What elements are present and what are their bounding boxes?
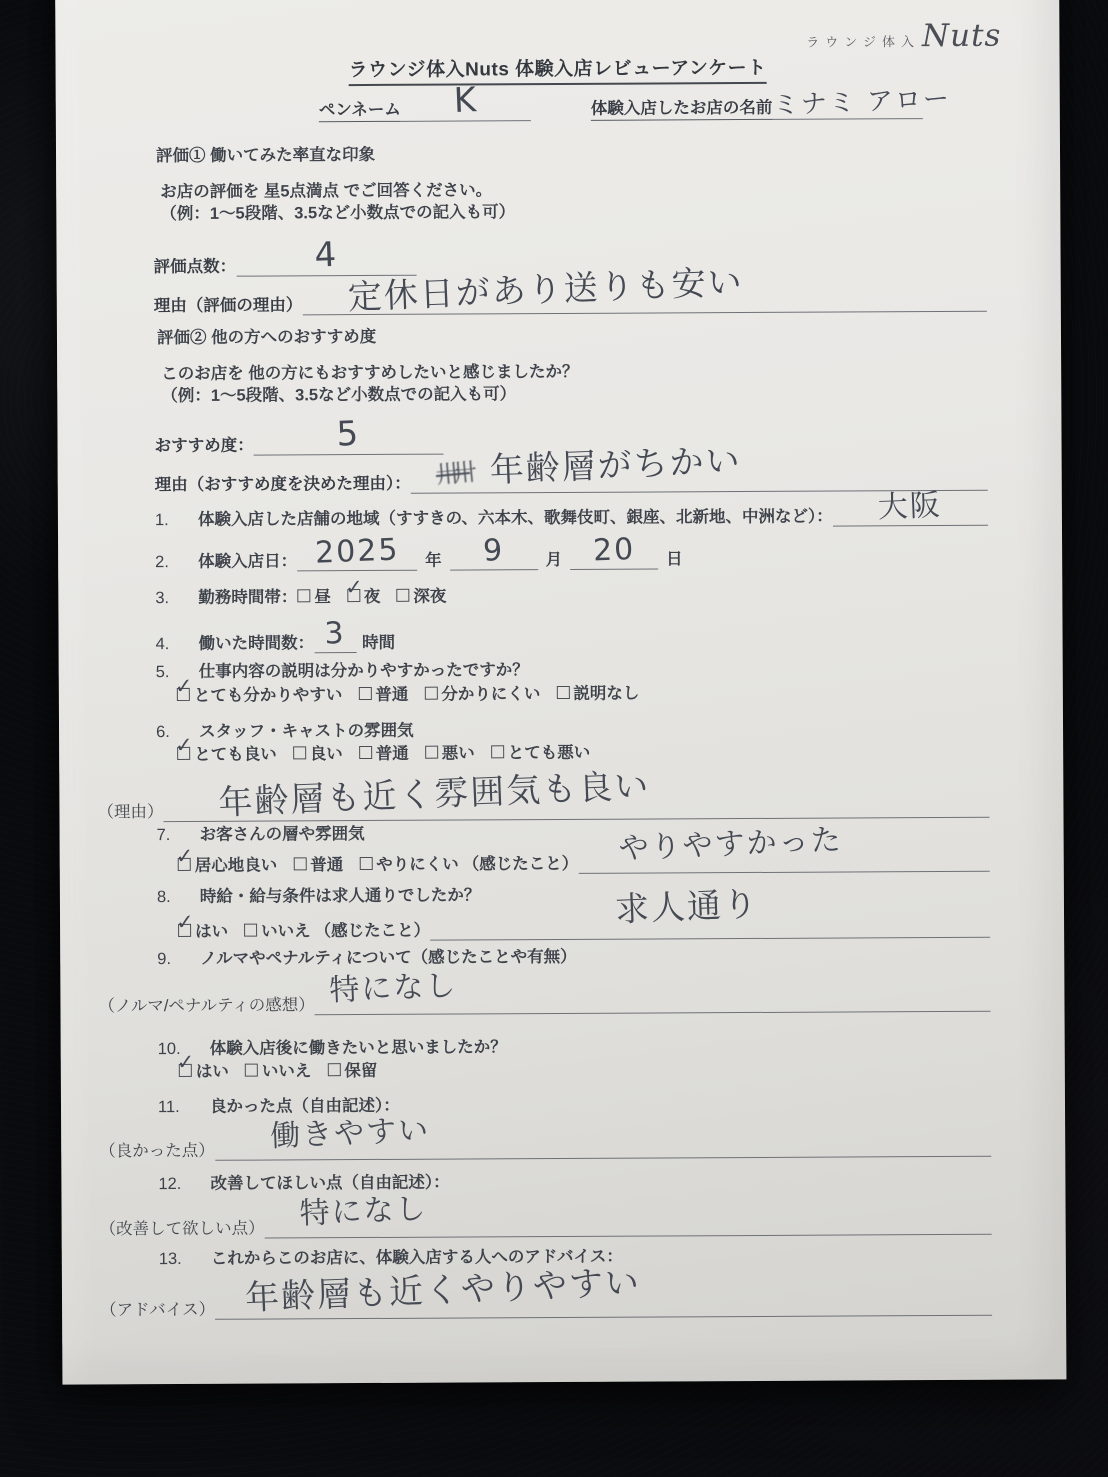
shop-name-label: 体験入店したお店の名前 [591,94,773,121]
option-label: 夜 [364,583,381,607]
question-6-reason-row: （理由） 年齢層も近く雰囲気も良い [97,783,989,823]
check-mark: ✓ [344,576,364,598]
question-5-label: 仕事内容の説明は分かりやすかったですか？ [199,656,529,682]
checkbox [424,686,437,699]
question-3-number: 3. [155,589,198,608]
question-11-row: 11. 良かった点（自由記述）： [158,1092,400,1117]
option-label: 普通 [376,740,409,764]
question-8-row: 8. 時給・給与条件は求人通りでしたか？ [157,881,481,907]
question-8-felt-field: 求人通り [430,903,990,941]
question-3-row: 3. 勤務時間帯： 昼 ✓夜 深夜 [155,583,462,609]
rating2-reason-label: 理由（おすすめ度を決めた理由）： [155,470,411,495]
date-month-field: 9 [450,539,538,570]
question-13-answer-field: 年齢層も近くやりやすい [215,1281,992,1320]
date-day-unit: 日 [666,545,683,569]
question-8-felt-label: （感じたこと） [315,917,431,942]
option-label: 説明なし [573,680,639,704]
checkbox: ✓ [178,857,191,870]
checkbox [245,1063,258,1076]
question-12-answer-field: 特になし [265,1204,992,1239]
option-hold: 保留 [327,1057,377,1081]
option-no: いいえ [245,1057,312,1081]
question-1-field: 大阪 [833,495,988,527]
question-10-row: 10. 体験入店後に働きたいと思いましたか？ [158,1033,507,1059]
brand-logo-name: Nuts [922,18,1002,54]
question-10-options: ✓はい いいえ 保留 [179,1057,394,1082]
rating2-reason-field: 卅卅 年齢層がちかい [411,455,988,494]
question-2-label: 体験入店日： [198,547,297,572]
option-normal: 普通 [293,851,343,875]
question-12-note-label: （改善して欲しい点） [100,1215,265,1240]
option-label: 分かりにくい [441,680,540,705]
option-comfortable: ✓居心地良い [178,851,278,876]
question-2-number: 2. [155,553,198,572]
checkbox [359,745,372,758]
option-very-bad: とても悪い [491,739,591,764]
question-7-number: 7. [157,826,200,845]
question-6-row: 6. スタッフ・キャストの雰囲気 [156,717,414,742]
question-5-row: 5. 仕事内容の説明は分かりやすかったですか？ [156,656,529,682]
date-year-unit: 年 [425,547,442,571]
option-late-night: 深夜 [396,583,446,607]
question-6-reason-value: 年齢層も近く雰囲気も良い [218,769,651,820]
option-label: 普通 [310,851,343,875]
question-5-options: ✓とても分かりやすい 普通 分かりにくい 説明なし [177,679,656,706]
shop-name-value: ミナミ アロー [772,86,951,119]
checkbox [293,746,306,759]
option-label: 深夜 [413,583,446,607]
brand-logo: ラウンジ体入 Nuts [806,18,1001,55]
pen-name-field: K [401,86,531,122]
option-very-clear: ✓とても分かりやすい [177,681,343,706]
rating1-reason-field: 定休日があり送りも安い [302,277,987,316]
question-11-answer-row: （良かった点） 働きやすい [99,1126,991,1162]
question-13-note-label: （アドバイス） [100,1296,215,1321]
question-1-number: 1. [155,511,198,530]
rating1-score-row: 評価点数： 4 [153,241,416,277]
question-9-answer-value: 特になし [329,971,458,1006]
question-9-number: 9. [157,950,200,969]
checkbox: ✓ [177,687,190,700]
checkbox [358,686,371,699]
question-13-answer-row: （アドバイス） 年齢層も近くやりやすい [100,1281,992,1321]
question-7-felt-value: やりやすかった [618,826,843,865]
check-mark: ✓ [176,1051,196,1073]
hours-field: 3 [314,622,356,653]
pen-name-value: K [453,83,479,118]
rating1-heading: 評価① 働いてみた率直な印象 [156,141,375,166]
question-12-answer-value: 特になし [299,1194,428,1229]
checkbox: ✓ [178,923,191,936]
checkbox [491,745,504,758]
checkbox [327,1063,340,1076]
option-yes: ✓はい [179,1058,229,1082]
question-12-row: 12. 改善してほしい点（自由記述）： [158,1169,449,1195]
option-label: 保留 [344,1057,377,1081]
question-10-label: 体験入店後に働きたいと思いましたか？ [210,1033,507,1059]
option-good: 良い [293,740,343,764]
question-6-options: ✓とても良い 良い 普通 悪い とても悪い [177,739,606,765]
rating2-reason-value: 年齢層がちかい [489,444,742,488]
rating2-note: （例：1～5段階、3.5など小数点での記入も可） [161,380,516,406]
option-label: 昼 [314,583,331,607]
form-title-row: ラウンジ体入Nuts 体験入店レビューアンケート [56,51,1060,87]
survey-paper: ラウンジ体入 Nuts ラウンジ体入Nuts 体験入店レビューアンケート ペンネ… [55,0,1066,1385]
pen-name-label: ペンネーム [319,96,401,122]
question-7-label: お客さんの層や雰囲気 [200,820,365,845]
rating1-note: （例：1～5段階、3.5など小数点での記入も可） [160,198,515,224]
option-label: やりにくい [376,851,459,875]
date-year-value: 2025 [314,535,399,568]
question-9-answer-field: 特になし [315,981,991,1016]
crossed-out-scribble: 卅卅 [434,452,471,490]
option-hard-to-do: やりにくい [359,851,459,876]
option-no: いいえ [244,917,311,941]
question-1-answer: 大阪 [878,491,943,524]
checkbox: ✓ [347,589,360,602]
question-9-note-label: （ノルマ/ペナルティの感想） [98,991,314,1016]
question-13-row: 13. これからこのお店に、体験入店する人へのアドバイス： [159,1243,623,1269]
rating1-score-field: 4 [236,241,416,277]
date-month-value: 9 [482,536,504,567]
option-label: はい [195,918,228,942]
rating2-score-row: おすすめ度： 5 [154,420,443,457]
question-1-row: 1. 体験入店した店舗の地域（すすきの、六本木、歌舞伎町、銀座、北新地、中洲など… [155,495,988,530]
question-3-label: 勤務時間帯： [198,583,297,608]
rating1-reason-row: 理由（評価の理由） 定休日があり送りも安い [154,277,987,316]
check-mark: ✓ [175,734,195,756]
option-label: はい [196,1058,229,1082]
question-11-answer-value: 働きやすい [269,1116,430,1152]
date-day-field: 20 [570,538,658,569]
question-6-label: スタッフ・キャストの雰囲気 [199,717,414,742]
option-yes: ✓はい [178,918,228,942]
option-normal: 普通 [359,740,409,764]
shop-name-field: ミナミ アロー [772,92,922,120]
question-7-options: ✓居心地良い 普通 やりにくい （感じたこと） やりやすかった [178,841,990,876]
checkbox [556,685,569,698]
option-night: ✓夜 [347,583,381,607]
hours-unit: 時間 [362,629,395,653]
question-12-label: 改善してほしい点（自由記述）： [210,1169,449,1194]
date-month-unit: 月 [546,546,563,570]
checkbox [297,589,310,602]
hours-value: 3 [324,619,346,650]
check-mark: ✓ [174,675,194,697]
date-year-field: 2025 [297,540,417,572]
rating1-score-value: 4 [314,238,339,273]
option-label: いいえ [262,1057,312,1081]
question-12-number: 12. [158,1175,210,1194]
checkbox [396,588,409,601]
checkbox: ✓ [179,1063,192,1076]
option-label: いいえ [261,917,311,941]
option-day: 昼 [297,583,331,607]
checkbox: ✓ [177,746,190,759]
question-4-row: 4. 働いた時間数： 3 時間 [155,622,395,654]
question-8-felt-value: 求人通り [614,887,759,927]
question-9-label: ノルマやペナルティについて（感じたことや有無） [200,943,576,969]
rating2-reason-row: 理由（おすすめ度を決めた理由）： 卅卅 年齢層がちかい [155,455,988,495]
date-day-value: 20 [592,535,635,567]
question-11-answer-field: 働きやすい [215,1126,992,1161]
photo-background: ラウンジ体入 Nuts ラウンジ体入Nuts 体験入店レビューアンケート ペンネ… [0,0,1108,1477]
option-bad: 悪い [425,739,475,763]
option-label: とても分かりやすい [194,681,343,706]
option-label: 普通 [375,681,408,705]
question-6-reason-field: 年齢層も近く雰囲気も良い [163,783,989,822]
question-7-row: 7. お客さんの層や雰囲気 [157,820,365,845]
question-2-row: 2. 体験入店日： 2025 年 9 月 20 日 [155,538,691,572]
question-9-answer-row: （ノルマ/ペナルティの感想） 特になし [98,981,990,1017]
rating1-score-label: 評価点数： [154,253,237,277]
rating1-reason-label: 理由（評価の理由） [154,291,303,316]
question-4-label: 働いた時間数： [199,629,315,654]
question-13-number: 13. [159,1250,211,1269]
question-11-note-label: （良かった点） [99,1137,215,1162]
question-6-reason-label: （理由） [97,798,163,822]
question-9-row: 9. ノルマやペナルティについて（感じたことや有無） [157,943,576,969]
question-11-label: 良かった点（自由記述）： [210,1092,400,1117]
rating2-score-value: 5 [336,417,361,452]
checkbox [359,856,372,869]
question-7-felt-field: やりやすかった [578,841,990,874]
question-8-number: 8. [157,888,200,907]
question-11-number: 11. [158,1098,210,1117]
option-no-explanation: 説明なし [556,680,639,704]
header-fields-row: ペンネーム K 体験入店したお店の名前 ミナミ アロー [319,84,923,122]
checkbox [293,857,306,870]
check-mark: ✓ [175,845,195,867]
question-4-number: 4. [156,635,199,654]
brand-logo-prefix: ラウンジ体入 [806,31,920,51]
form-title: ラウンジ体入Nuts 体験入店レビューアンケート [349,53,767,86]
rating2-heading: 評価② 他の方へのおすすめ度 [157,323,376,348]
option-label: 居心地良い [195,851,278,875]
checkbox [244,923,257,936]
checkbox [425,745,438,758]
question-8-label: 時給・給与条件は求人通りでしたか？ [200,881,481,906]
option-normal: 普通 [358,681,408,705]
rating2-score-field: 5 [254,420,444,456]
question-1-label: 体験入店した店舗の地域（すすきの、六本木、歌舞伎町、銀座、北新地、中洲など）： [198,503,833,530]
question-12-answer-row: （改善して欲しい点） 特になし [100,1204,992,1240]
option-label: とても良い [194,740,277,764]
option-hard-to-understand: 分かりにくい [424,680,540,705]
question-7-felt-label: （感じたこと） [463,850,579,875]
option-label: とても悪い [508,739,591,763]
check-mark: ✓ [176,911,196,933]
option-label: 悪い [442,739,475,763]
question-8-options: ✓はい いいえ （感じたこと） 求人通り [178,903,990,942]
option-very-good: ✓とても良い [177,740,277,765]
question-13-answer-value: 年齢層も近くやりやすい [244,1266,641,1316]
option-label: 良い [310,740,343,764]
rating2-score-label: おすすめ度： [154,432,253,457]
